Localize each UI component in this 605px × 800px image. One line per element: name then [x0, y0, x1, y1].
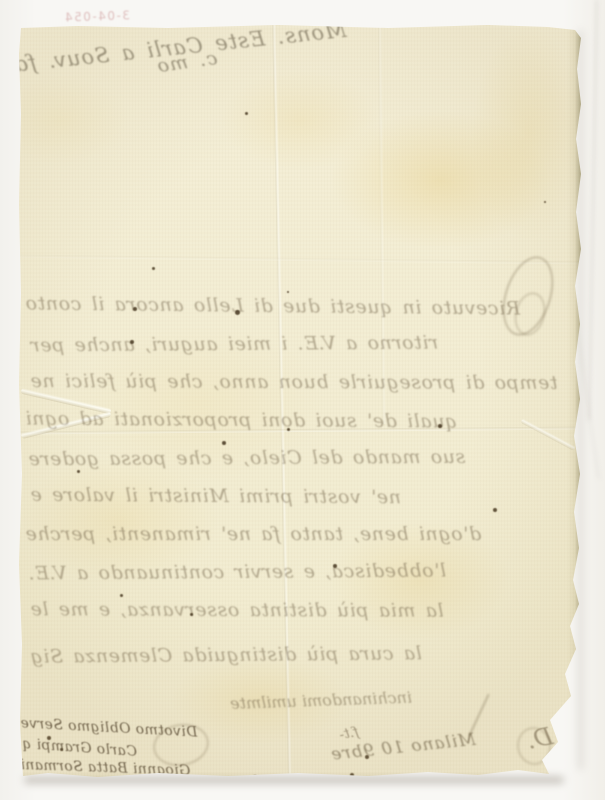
paper-vignette	[18, 24, 581, 780]
catalog-number: 3-04-054	[36, 8, 130, 25]
letter-scan-page: { "scan": { "catalog_number": "3-04-054"…	[0, 0, 605, 800]
paper-sheet: Mons. Este Carli a Souv. fd. c. mo Ricev…	[18, 24, 581, 780]
scanner-background: Mons. Este Carli a Souv. fd. c. mo Ricev…	[0, 0, 605, 800]
paper-drop-shadow-bottom	[24, 776, 564, 784]
backing-sheet-crease	[588, 0, 597, 420]
